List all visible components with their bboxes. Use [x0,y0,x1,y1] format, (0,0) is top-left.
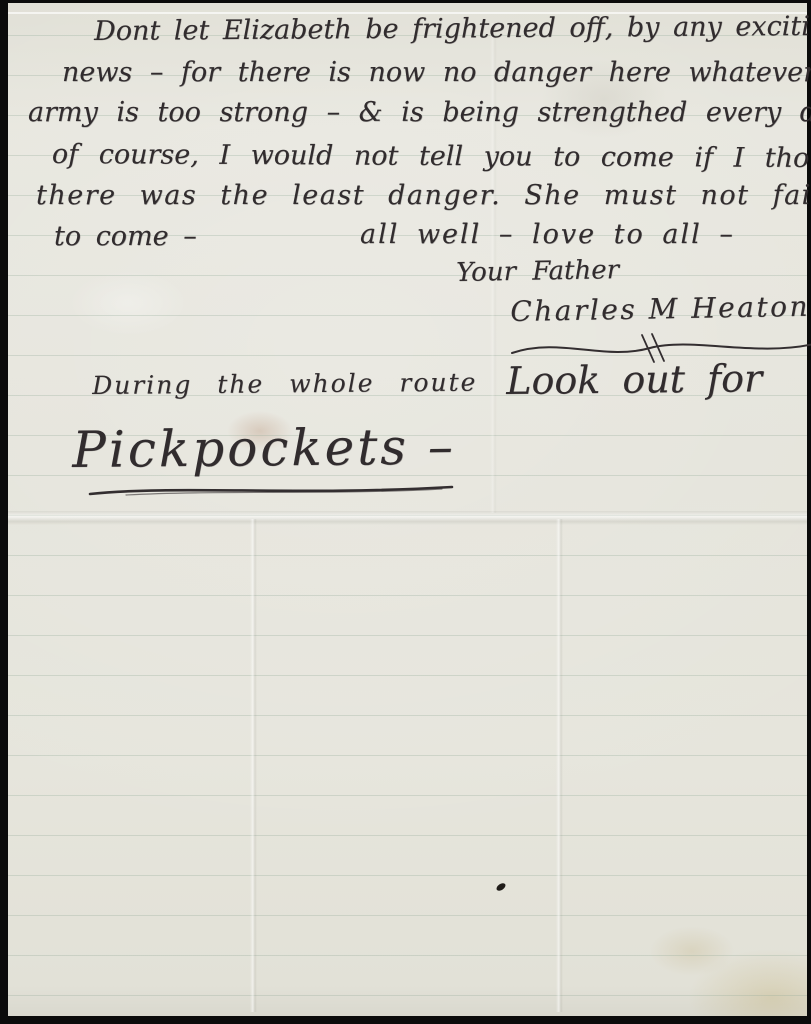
letter-signoff: Your Father [456,255,619,288]
letter-line-6-left: to come – [54,221,197,252]
letter-line-2: news – for there is now no danger here w… [62,57,811,88]
letter-line-5: there was the least danger. She must not… [36,180,811,211]
horizontal-fold-crease [8,511,807,525]
letter-route-note: During the whole route [92,368,478,400]
letter-lookout-text: Look out for [506,356,762,403]
letter-line-3: army is too strong – & is being strength… [28,97,811,128]
letter-pickpockets-text: Pickpockets – [72,418,456,479]
letter-line-4: of course, I would not tell you to come … [52,139,811,174]
letter-line-1: Dont let Elizabeth be frightened off, by… [94,11,811,47]
pickpockets-underline [86,481,458,501]
ink-spot [495,882,507,893]
letter-signature: Charles M Heaton [510,290,810,328]
vertical-fold-crease-right [556,519,563,1012]
letter-scan: Dont let Elizabeth be frightened off, by… [0,0,811,1024]
letter-paper: Dont let Elizabeth be frightened off, by… [8,3,807,1016]
letter-line-6-right: all well – love to all – [360,219,735,250]
vertical-fold-crease-left [250,519,257,1012]
